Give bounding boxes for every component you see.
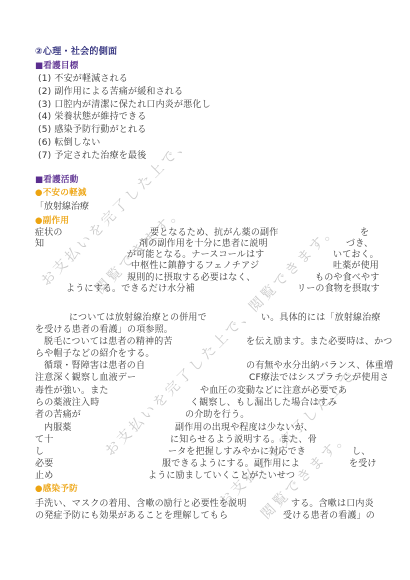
body-fragment: の発症予防にも効果があることを理解してもら [35, 508, 228, 521]
body-fragment: 注意深く観察し血液デー [35, 370, 136, 383]
body-fragment: 者の苦痛が [35, 407, 81, 420]
body-fragment: い。具体的には「放射線治療 [261, 310, 381, 323]
goal-item: (7) 予定された治療を最後 [38, 150, 211, 163]
subheading-anxiety-relief: ●不安の軽減 [35, 186, 87, 198]
goal-item: (2) 副作用による苦痛が緩和される [38, 86, 211, 99]
anxiety-quote-line: 「放射線治療 [35, 199, 89, 212]
body-fragment: を受け [349, 456, 377, 469]
body-fragment: ようにする。できるだけ水分補 [66, 281, 195, 294]
body-fragment: リーの食物を摂取す [297, 281, 380, 294]
text-layer: ②心理・社会的側面 ■看護目標 (1) 不安が軽減される (2) 副作用による苦… [0, 0, 410, 580]
body-fragment: の介助を行う。 [185, 407, 249, 420]
goal-item: (6) 転倒しない [38, 137, 211, 150]
body-fragment: 止め [35, 468, 53, 481]
activities-heading: ■看護活動 [35, 173, 79, 185]
goal-item: (1) 不安が軽減される [38, 73, 211, 86]
body-fragment: CF療法ではシスプラチンが使用さ [249, 370, 389, 383]
body-fragment: 受ける患者の看護」の [283, 508, 375, 521]
subheading-infection-prevention: ●感染予防 [35, 482, 78, 494]
body-fragment: を伝え励ます。また必要時は、かつ [246, 334, 392, 347]
page-title: ②心理・社会的側面 [35, 44, 117, 57]
body-fragment: 知 [35, 236, 44, 249]
goals-list: (1) 不安が軽減される (2) 副作用による苦痛が緩和される (3) 口腔内が… [38, 73, 211, 163]
document-page: お支払いを完了した上で、閲覧できます。お支払いを完了した上で、閲覧できます。お支… [0, 0, 410, 580]
goal-item: (5) 感染予防行動がとれる [38, 124, 211, 137]
goals-heading: ■看護目標 [35, 59, 79, 71]
body-fragment: ように励ましていくことがたいせつ [148, 468, 295, 481]
goal-item: (4) 栄養状態が維持できる [38, 111, 211, 124]
goal-item: (3) 口腔内が清潔に保たれ口内炎が悪化し [38, 99, 211, 112]
